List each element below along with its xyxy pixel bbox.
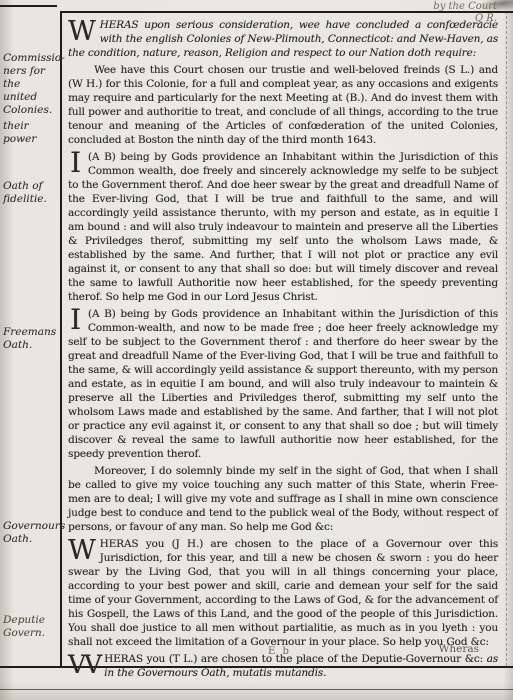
margin-note-their-power: their power bbox=[3, 120, 58, 146]
scanned-document-page: by the Court Q R. Commissio- ners for th… bbox=[0, 0, 513, 700]
paragraph-moreover-suffrage: Moreover, I do solemnly binde my self in… bbox=[68, 464, 498, 534]
paragraph-text: Wee have this Court chosen our trustie a… bbox=[68, 64, 498, 146]
drop-cap-w: W bbox=[68, 537, 100, 562]
paragraph-governours-oath: WHERAS you (J H.) are chosen to the plac… bbox=[68, 537, 498, 649]
margin-note-oath-of-fidelitie: Oath of fidelitie. bbox=[3, 180, 58, 206]
paragraph-text: HERAS you (T L.) are chosen to the place… bbox=[104, 653, 487, 665]
paragraph-oath-of-fidelitie: I(A B) being by Gods providence an Inhab… bbox=[68, 150, 498, 304]
paragraph-text: (A B) being by Gods providence an Inhabi… bbox=[68, 151, 498, 303]
bottom-rule-lower bbox=[0, 689, 513, 690]
paragraph-court-chosen-commissioners: Wee have this Court chosen our trustie a… bbox=[68, 63, 498, 147]
paragraph-text: HERAS upon serious consideration, wee ha… bbox=[68, 19, 498, 59]
right-edge-rule bbox=[506, 11, 507, 666]
paragraph-freemans-oath: I(A B) being by Gods providence an Inhab… bbox=[68, 307, 498, 461]
drop-cap-w: W bbox=[68, 18, 100, 43]
paragraph-text: Moreover, I do solemnly binde my self in… bbox=[68, 465, 498, 533]
signature-mark: E b bbox=[268, 646, 291, 657]
margin-note-commissioners: Commissio- ners for the united Colonies. bbox=[3, 52, 58, 117]
margin-note-governours-oath: Governours Oath. bbox=[3, 520, 58, 546]
margin-note-deputie-govern: Deputie Govern. bbox=[3, 614, 58, 640]
top-rule-left bbox=[0, 5, 57, 7]
paragraph-confederacie-preamble: WHERAS upon serious consideration, wee h… bbox=[68, 18, 498, 60]
paragraph-text: (A B) being by Gods providence an Inhabi… bbox=[68, 308, 498, 460]
catchword: Wheras bbox=[439, 643, 479, 655]
drop-cap-i: I bbox=[68, 307, 88, 332]
paragraph-text: HERAS you (J H.) are chosen to the place… bbox=[68, 538, 498, 648]
margin-note-freemans-oath: Freemans Oath. bbox=[3, 326, 58, 352]
margin-divider-rule bbox=[60, 11, 62, 668]
drop-cap-vv: VV bbox=[68, 652, 104, 676]
document-body-text: WHERAS upon serious consideration, wee h… bbox=[68, 18, 498, 683]
drop-cap-i: I bbox=[68, 150, 88, 175]
